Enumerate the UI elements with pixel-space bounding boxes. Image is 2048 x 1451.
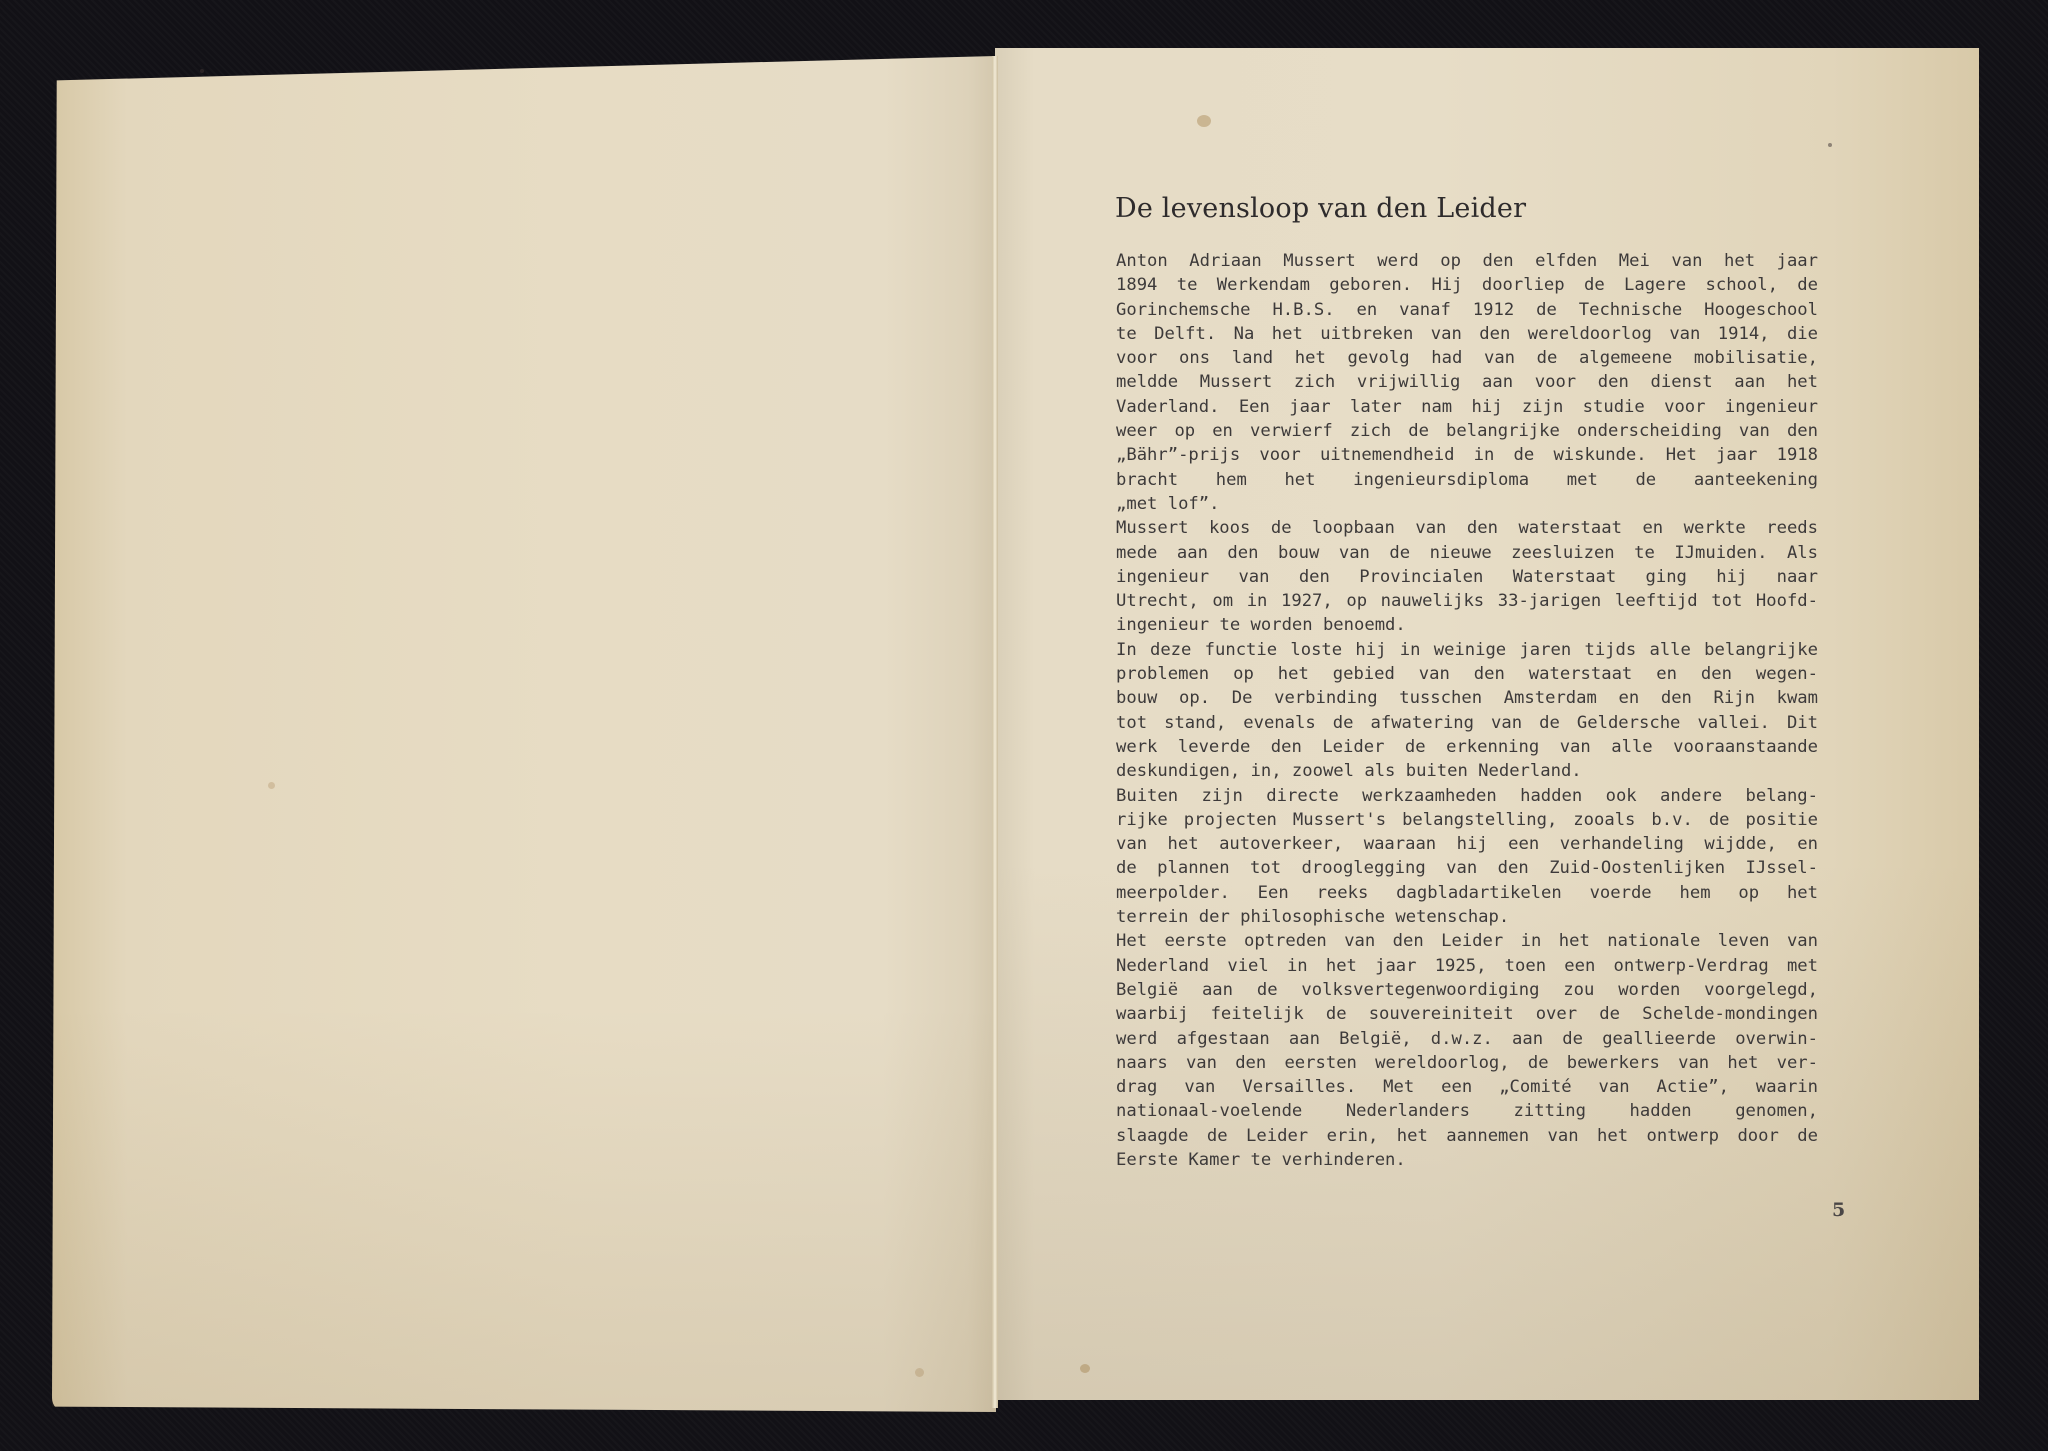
text-line: werk leverde den Leider de erkenning van… (1116, 735, 1818, 759)
text-line: België aan de volksvertegenwoordiging zo… (1116, 978, 1818, 1002)
text-line: „met lof”. (1116, 492, 1818, 516)
book-spine (992, 56, 998, 1408)
text-line: problemen op het gebied van den watersta… (1116, 662, 1818, 686)
paper-stain (1197, 115, 1211, 127)
paper-stain (1080, 1364, 1090, 1373)
paper-stain (915, 1368, 924, 1377)
text-line: Anton Adriaan Mussert werd op den elfden… (1116, 249, 1818, 273)
text-line: te Delft. Na het uitbreken van den werel… (1116, 322, 1818, 346)
text-line: ingenieur van den Provincialen Waterstaa… (1116, 565, 1818, 589)
text-line: slaagde de Leider erin, het aannemen van… (1116, 1124, 1818, 1148)
paper-stain (268, 782, 275, 789)
text-line: weer op en verwierf zich de belangrijke … (1116, 419, 1818, 443)
text-line: Het eerste optreden van den Leider in he… (1116, 929, 1818, 953)
body-text: Anton Adriaan Mussert werd op den elfden… (1116, 249, 1818, 1172)
page-number: 5 (1832, 1199, 1845, 1221)
text-line: bracht hem het ingenieursdiploma met de … (1116, 468, 1818, 492)
text-line: tot stand, evenals de afwatering van de … (1116, 711, 1818, 735)
text-line: „Bähr”-prijs voor uitnemendheid in de wi… (1116, 443, 1818, 467)
text-line: nationaal-voelende Nederlanders zitting … (1116, 1099, 1818, 1123)
text-line: deskundigen, in, zoowel als buiten Neder… (1116, 759, 1818, 783)
text-line: 1894 te Werkendam geboren. Hij doorliep … (1116, 273, 1818, 297)
paper-stain (1828, 143, 1832, 147)
text-line: waarbij feitelijk de souvereiniteit over… (1116, 1002, 1818, 1026)
text-line: drag van Versailles. Met een „Comité van… (1116, 1075, 1818, 1099)
paper-stain (200, 69, 204, 73)
text-line: ingenieur te worden benoemd. (1116, 613, 1818, 637)
book-spread: De levensloop van den Leider Anton Adria… (0, 0, 2048, 1451)
text-line: Vaderland. Een jaar later nam hij zijn s… (1116, 395, 1818, 419)
left-page-blank (52, 56, 996, 1412)
text-line: van het autoverkeer, waaraan hij een ver… (1116, 832, 1818, 856)
text-line: naars van den eersten wereldoorlog, de b… (1116, 1051, 1818, 1075)
text-line: In deze functie loste hij in weinige jar… (1116, 638, 1818, 662)
text-line: Buiten zijn directe werkzaamheden hadden… (1116, 784, 1818, 808)
text-line: mede aan den bouw van de nieuwe zeesluiz… (1116, 541, 1818, 565)
text-line: bouw op. De verbinding tusschen Amsterda… (1116, 686, 1818, 710)
text-line: de plannen tot drooglegging van den Zuid… (1116, 856, 1818, 880)
chapter-title: De levensloop van den Leider (1115, 193, 1526, 224)
text-line: meldde Mussert zich vrijwillig aan voor … (1116, 370, 1818, 394)
text-line: Nederland viel in het jaar 1925, toen ee… (1116, 954, 1818, 978)
text-line: Utrecht, om in 1927, op nauwelijks 33-ja… (1116, 589, 1818, 613)
text-line: rijke projecten Mussert's belangstelling… (1116, 808, 1818, 832)
text-line: Gorinchemsche H.B.S. en vanaf 1912 de Te… (1116, 298, 1818, 322)
text-line: Eerste Kamer te verhinderen. (1116, 1148, 1818, 1172)
text-line: terrein der philosophische wetenschap. (1116, 905, 1818, 929)
text-line: voor ons land het gevolg had van de alge… (1116, 346, 1818, 370)
text-line: werd afgestaan aan België, d.w.z. aan de… (1116, 1027, 1818, 1051)
text-line: meerpolder. Een reeks dagbladartikelen v… (1116, 881, 1818, 905)
text-line: Mussert koos de loopbaan van den waterst… (1116, 516, 1818, 540)
